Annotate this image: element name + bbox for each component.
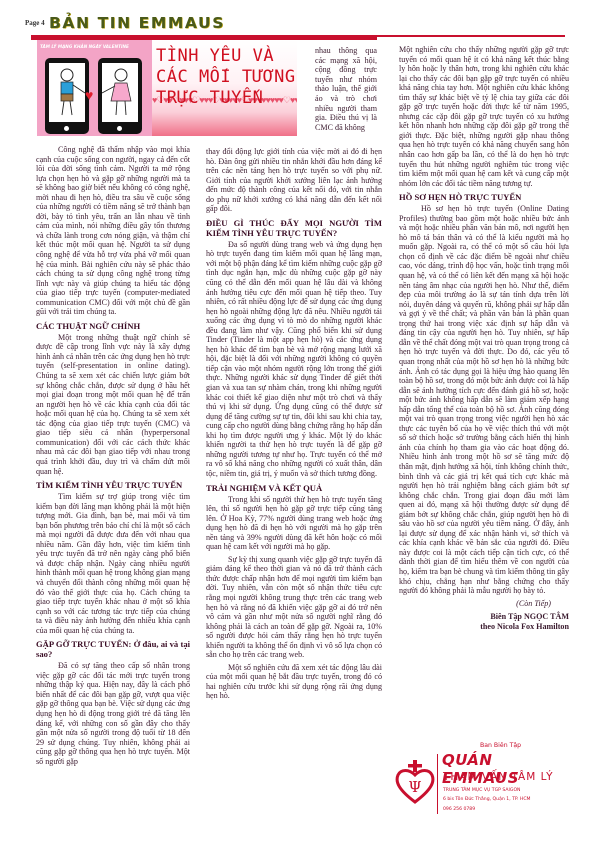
logo-org: TRUNG TÂM MỤC VỤ TGP SAIGON (443, 788, 521, 793)
body-paragraph: thay đổi động lực giới tính của việc mời… (206, 147, 382, 214)
byline-source: theo Nicola Fox Hamilton (399, 622, 569, 632)
body-paragraph: Hồ sơ hẹn hò trực tuyến (Online Dating P… (399, 204, 569, 595)
body-paragraph: Sự kỳ thị xung quanh việc gặp gỡ trực tu… (206, 555, 382, 660)
column-3: Một nghiên cứu cho thấy những người gặp … (399, 45, 569, 632)
body-paragraph: Tìm kiếm sự trợ giúp trong việc tìm kiếm… (36, 492, 190, 635)
page-label: Page 4 (25, 19, 45, 27)
banner-illustration: TÂM LÝ MẠNG KHẢN NGÀY VALENTINE (37, 40, 152, 136)
section-heading: TRẢI NGHIỆM VÀ KẾT QUẢ (206, 483, 382, 493)
svg-text:Ψ: Ψ (408, 778, 421, 796)
phone-icon (98, 58, 142, 134)
section-heading: HỒ SƠ HẸN HÒ TRỰC TUYẾN (399, 192, 569, 202)
wrapped-text-beside-banner: nhau thông qua các mạng xã hội, cộng đồn… (315, 46, 377, 132)
article-banner: TÂM LÝ MẠNG KHẢN NGÀY VALENTINE (37, 40, 297, 136)
body-paragraph: Một nghiên cứu cho thấy những người gặp … (399, 45, 569, 188)
body-paragraph: Một trong những thuật ngữ chính sẽ được … (36, 333, 190, 476)
column-2: thay đổi động lực giới tính của việc mời… (206, 147, 382, 704)
column-1: Công nghệ đã thẩm nhập vào mọi khía cạnh… (36, 145, 190, 769)
boy-figure-icon (49, 63, 85, 122)
logo-editorial-label: Ban Biên Tập (480, 742, 521, 749)
logo-divider (437, 754, 438, 814)
logo-phone: 096 256 0789 (443, 807, 475, 812)
body-paragraph: Một số nghiên cứu đã xem xét tác động lâ… (206, 663, 382, 701)
section-heading: CÁC THUẬT NGỮ CHÍNH (36, 321, 190, 331)
body-paragraph: Trong khi số người thử hẹn hò trực tuyến… (206, 495, 382, 552)
banner-tagline: TÂM LÝ MẠNG KHẢN NGÀY VALENTINE (40, 44, 152, 49)
heart-cross-psi-icon: Ψ (395, 760, 435, 804)
byline-editor: Biên Tập NGỌC TÂM (399, 612, 569, 622)
phone-icon (45, 58, 89, 134)
title-line: TRỰC TUYẾN (156, 88, 297, 109)
intro-paragraph: Công nghệ đã thẩm nhập vào mọi khía cạnh… (36, 145, 190, 317)
article-title: TÌNH YÊU VÀ CÁC MỐI TƯƠNG GIAO TRỰC TUYẾ… (156, 46, 297, 109)
heart-icon: ♥ (85, 90, 93, 104)
heading-part: GẶP GỠ TRỰC TUYẾN: (36, 639, 134, 649)
continued-note: (Còn Tiếp) (399, 599, 569, 609)
footer-logo: Ψ Ban Biên Tập QUÁN EMMAUS THAM VẤN TÂM … (395, 718, 570, 818)
logo-subtitle: THAM VẤN TÂM LÝ (443, 771, 554, 783)
banner-title-panel: ♥♡♥♥♡♥♥♥♡♥♥♥♡♥♥♥♥♥♡♥♥♥♥♥♥♥♥♡♥♥♥♥♥♥♥♥♥♥♥♥… (152, 40, 297, 136)
section-heading: ĐIỀU GÌ THÚC ĐẨY MỌI NGƯỜI TÌM KIẾM TÌNH… (206, 218, 382, 238)
section-heading: TÌM KIẾM TÌNH YÊU TRỰC TUYẾN (36, 480, 190, 490)
logo-address: 6 bis Tôn Đức Thắng, Quận 1, TP. HCM (443, 797, 531, 802)
title-line: CÁC MỐI TƯƠNG GIAO (156, 67, 297, 88)
girl-figure-icon (102, 63, 138, 122)
section-heading: GẶP GỠ TRỰC TUYẾN: Ở đâu, ai và tại sao? (36, 639, 190, 659)
body-paragraph: Đa số người dùng trang web và ứng dụng h… (206, 240, 382, 479)
byline: Biên Tập NGỌC TÂM theo Nicola Fox Hamilt… (399, 612, 569, 632)
header-rule-thin (377, 35, 565, 37)
title-line: TÌNH YÊU VÀ (156, 46, 297, 67)
body-paragraph: Đã có sự tăng theo cấp số nhân trong việ… (36, 661, 190, 766)
masthead-title: BẢN TIN EMMAUS (49, 14, 225, 32)
